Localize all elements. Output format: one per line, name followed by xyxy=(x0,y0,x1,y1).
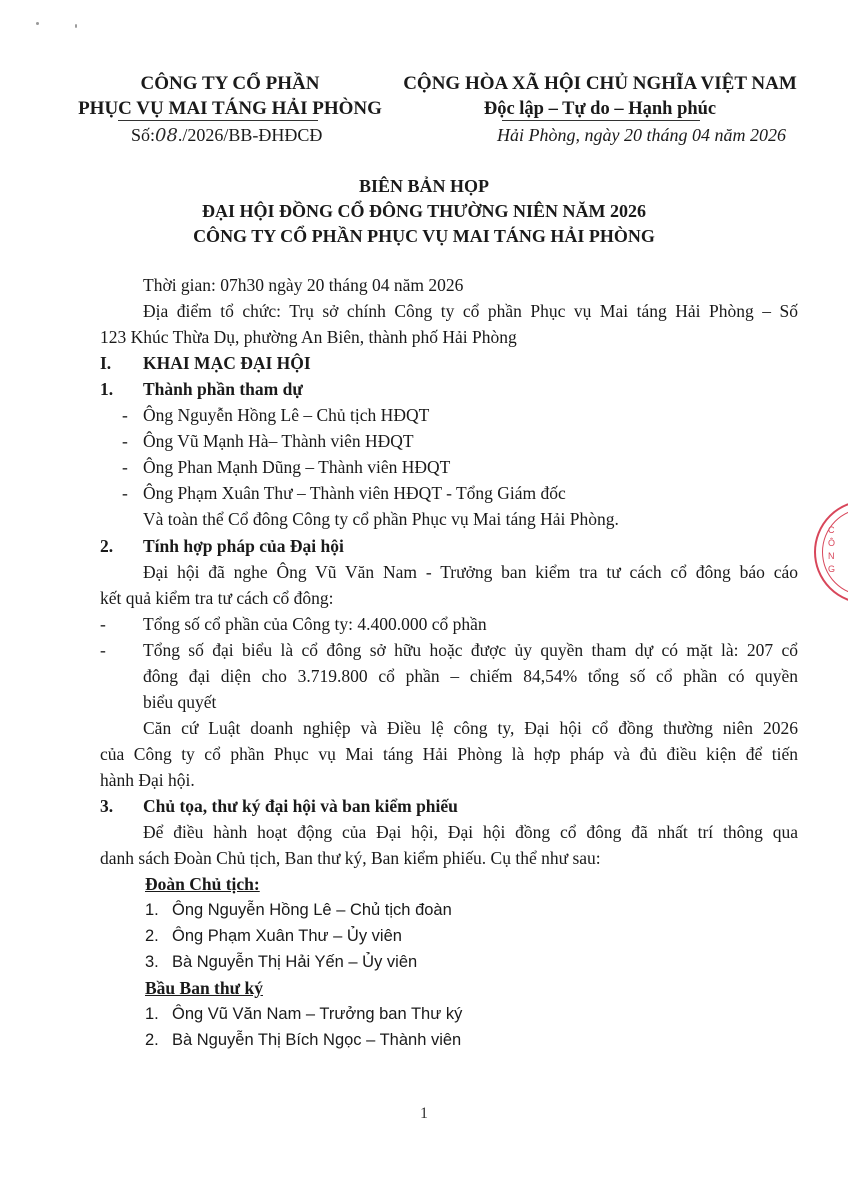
delegates-item-line1: Tổng số đại biểu là cổ đông sở hữu hoặc … xyxy=(143,638,798,662)
attendee-item: Ông Phan Mạnh Dũng – Thành viên HĐQT xyxy=(143,455,450,479)
list-number: 1. xyxy=(145,1002,159,1026)
section-I-title: KHAI MẠC ĐẠI HỘI xyxy=(143,351,311,375)
page-number: 1 xyxy=(0,1105,848,1123)
sub1-title: Thành phần tham dự xyxy=(143,377,303,401)
company-name-underline xyxy=(118,120,318,121)
sub3-title: Chủ tọa, thư ký đại hội và ban kiểm phiế… xyxy=(143,794,458,818)
list-bullet: - xyxy=(122,429,128,453)
document-number-handwritten: 08 xyxy=(155,125,178,146)
presidium-item: Ông Phạm Xuân Thư – Ủy viên xyxy=(172,924,402,948)
company-name-line1: CÔNG TY CỔ PHẦN xyxy=(60,72,400,96)
list-bullet: - xyxy=(122,481,128,505)
delegates-item-line3: biểu quyết xyxy=(143,690,216,714)
sub3-para-line1: Để điều hành hoạt động của Đại hội, Đại … xyxy=(143,820,798,844)
meeting-location-line1: Địa điểm tổ chức: Trụ sở chính Công ty c… xyxy=(143,299,798,323)
presidium-item: Bà Nguyễn Thị Hải Yến – Ủy viên xyxy=(172,950,417,974)
list-number: 2. xyxy=(145,1028,159,1052)
sub2-para2-line1: Căn cứ Luật doanh nghiệp và Điều lệ công… xyxy=(143,716,798,740)
sub2-number: 2. xyxy=(100,534,113,558)
place-and-date: Hải Phòng, ngày 20 tháng 04 năm 2026 xyxy=(497,123,786,147)
national-motto: Độc lập – Tự do – Hạnh phúc xyxy=(395,97,805,121)
list-number: 3. xyxy=(145,950,159,974)
presidium-item: Ông Nguyễn Hồng Lê – Chủ tịch đoàn xyxy=(172,898,452,922)
sub3-number: 3. xyxy=(100,794,113,818)
list-bullet: - xyxy=(122,403,128,427)
document-number: Số:08./2026/BB-ĐHĐCĐ xyxy=(131,123,322,148)
document-title: BIÊN BẢN HỌP xyxy=(0,174,848,198)
sub2-para1-line2: kết quả kiểm tra tư cách cổ đông: xyxy=(100,586,334,610)
meeting-time: Thời gian: 07h30 ngày 20 tháng 04 năm 20… xyxy=(143,273,463,297)
stamp-text: C Ô N G xyxy=(828,524,838,576)
sub3-para-line2: danh sách Đoàn Chủ tịch, Ban thư ký, Ban… xyxy=(100,846,601,870)
company-seal-stamp: C Ô N G xyxy=(814,500,848,604)
attendee-item: Ông Phạm Xuân Thư – Thành viên HĐQT - Tổ… xyxy=(143,481,566,505)
sub2-para1-line1: Đại hội đã nghe Ông Vũ Văn Nam - Trưởng … xyxy=(143,560,798,584)
document-subtitle-1: ĐẠI HỘI ĐỒNG CỔ ĐÔNG THƯỜNG NIÊN NĂM 202… xyxy=(0,199,848,223)
document-number-suffix: ./2026/BB-ĐHĐCĐ xyxy=(178,125,323,145)
national-motto-underline xyxy=(502,120,700,121)
presidium-heading: Đoàn Chủ tịch: xyxy=(145,872,260,896)
scan-speck xyxy=(75,24,77,28)
attendee-item: Ông Vũ Mạnh Hà– Thành viên HĐQT xyxy=(143,429,414,453)
list-number: 2. xyxy=(145,924,159,948)
section-I-number: I. xyxy=(100,351,111,375)
secretariat-item: Ông Vũ Văn Nam – Trưởng ban Thư ký xyxy=(172,1002,462,1026)
list-bullet: - xyxy=(100,638,106,662)
delegates-item-line2: đông đại diện cho 3.719.800 cổ phần – ch… xyxy=(143,664,798,688)
total-shares-item: Tổng số cổ phần của Công ty: 4.400.000 c… xyxy=(143,612,487,636)
attendee-closing: Và toàn thể Cổ đông Công ty cổ phần Phục… xyxy=(143,507,619,531)
national-title: CỘNG HÒA XÃ HỘI CHỦ NGHĨA VIỆT NAM xyxy=(395,72,805,96)
sub2-para2-line2: của Công ty cổ phần Phục vụ Mai táng Hải… xyxy=(100,742,798,766)
document-number-prefix: Số: xyxy=(131,125,155,145)
secretariat-item: Bà Nguyễn Thị Bích Ngọc – Thành viên xyxy=(172,1028,461,1052)
scan-speck xyxy=(36,22,39,25)
list-number: 1. xyxy=(145,898,159,922)
sub1-number: 1. xyxy=(100,377,113,401)
company-name-line2: PHỤC VỤ MAI TÁNG HẢI PHÒNG xyxy=(60,97,400,121)
sub2-title: Tính hợp pháp của Đại hội xyxy=(143,534,344,558)
list-bullet: - xyxy=(100,612,106,636)
meeting-location-line2: 123 Khúc Thừa Dụ, phường An Biên, thành … xyxy=(100,325,517,349)
secretariat-heading: Bầu Ban thư ký xyxy=(145,976,263,1000)
sub2-para2-line3: hành Đại hội. xyxy=(100,768,195,792)
document-subtitle-2: CÔNG TY CỔ PHẦN PHỤC VỤ MAI TÁNG HẢI PHÒ… xyxy=(0,224,848,248)
list-bullet: - xyxy=(122,455,128,479)
attendee-item: Ông Nguyễn Hồng Lê – Chủ tịch HĐQT xyxy=(143,403,429,427)
